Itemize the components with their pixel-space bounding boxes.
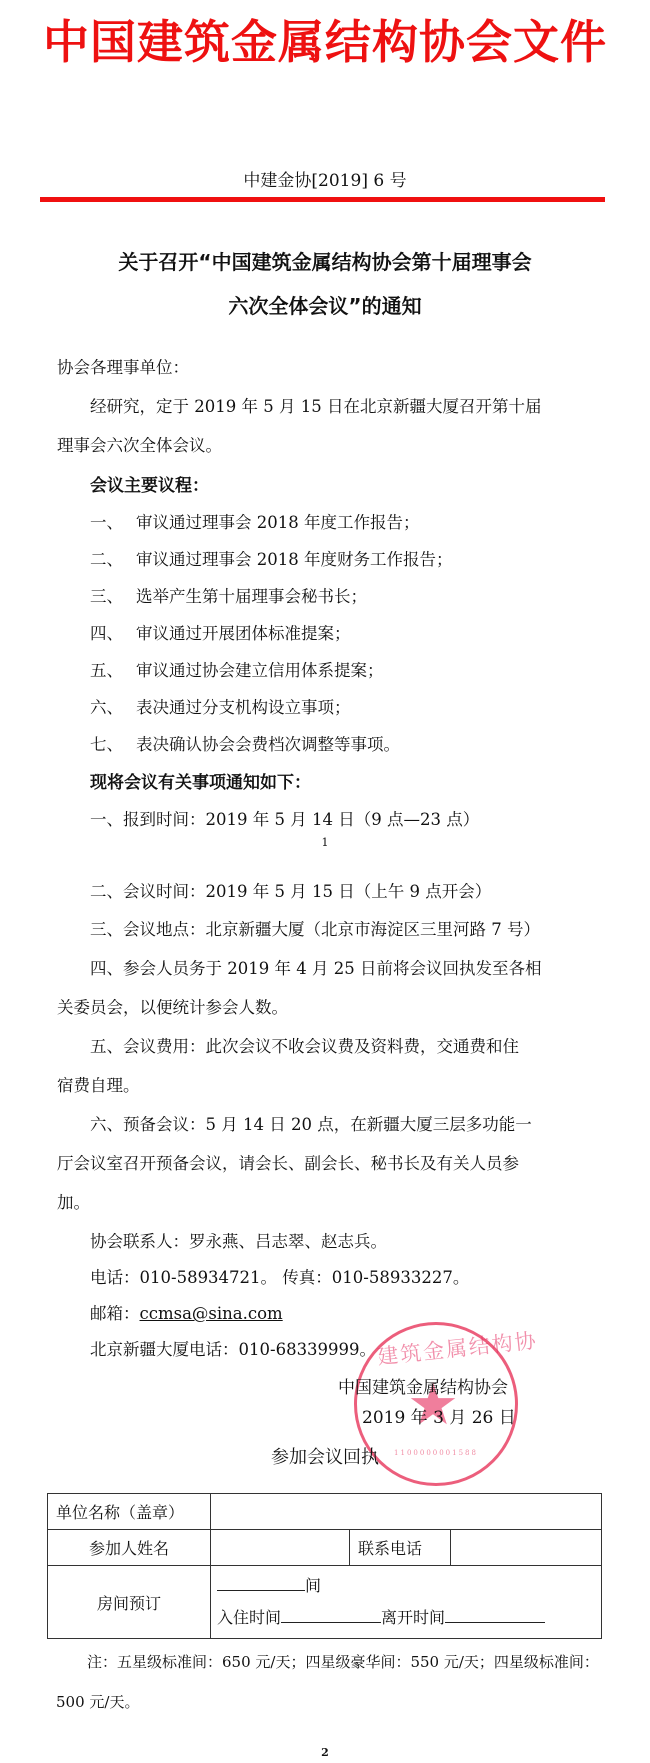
intro-line2: 理事会六次全体会议。 (57, 432, 222, 456)
contact-persons: 协会联系人：罗永燕、吕志翠、赵志兵。 (90, 1228, 387, 1252)
receipt-form-table: 单位名称（盖章） 参加人姓名 联系电话 房间预订 间 入住时间离开时间 (47, 1493, 602, 1639)
attendee-name-field[interactable] (211, 1530, 350, 1566)
room-count-field[interactable] (217, 1576, 305, 1591)
notice-item-fees-line1: 五、会议费用：此次会议不收会议费及资料费，交通费和住 (90, 1033, 519, 1057)
notice-heading: 现将会议有关事项通知如下： (90, 768, 311, 793)
contact-phone-field[interactable] (451, 1530, 602, 1566)
notice-item-reply-line2: 关委员会，以便统计参会人数。 (57, 994, 288, 1018)
notice-item-prep-line2: 厅会议室召开预备会议，请会长、副会长、秘书长及有关人员参 (57, 1150, 519, 1174)
contact-email-row: 邮箱：ccmsa@sina.com (90, 1300, 283, 1324)
room-booking-field: 间 入住时间离开时间 (211, 1566, 602, 1639)
agenda-item: 一、审议通过理事会 2018 年度工作报告； (90, 509, 419, 533)
contact-phone-label: 联系电话 (350, 1530, 451, 1566)
agenda-item: 七、表决确认协会会费档次调整等事项。 (90, 731, 400, 755)
agenda-item: 二、审议通过理事会 2018 年度财务工作报告； (90, 546, 452, 570)
notice-item-checkin: 一、报到时间：2019 年 5 月 14 日（9 点—23 点） (90, 806, 479, 830)
room-booking-label: 房间预订 (48, 1566, 211, 1639)
notice-title-line2: 六次全体会议”的通知 (0, 290, 650, 319)
salutation: 协会各理事单位： (57, 354, 189, 378)
email-link[interactable]: ccmsa@sina.com (140, 1304, 283, 1323)
agenda-heading: 会议主要议程： (90, 471, 209, 496)
document-number: 中建金协[2019] 6 号 (0, 166, 650, 191)
price-note-line1: 注：五星级标准间：650 元/天；四星级豪华间：550 元/天；四星级标准间： (87, 1651, 599, 1672)
notice-title-line1: 关于召开“中国建筑金属结构协会第十届理事会 (0, 246, 650, 275)
checkin-date-field[interactable] (281, 1608, 381, 1623)
red-rule-divider (40, 197, 605, 202)
notice-item-venue: 三、会议地点：北京新疆大厦（北京市海淀区三里河路 7 号） (90, 916, 540, 940)
agenda-item: 六、表决通过分支机构设立事项； (90, 694, 351, 718)
receipt-title: 参加会议回执 (0, 1443, 650, 1469)
intro-line1: 经研究，定于 2019 年 5 月 15 日在北京新疆大厦召开第十届 (90, 393, 541, 417)
notice-item-fees-line2: 宿费自理。 (57, 1072, 140, 1096)
attendee-name-label: 参加人姓名 (48, 1530, 211, 1566)
agenda-item: 三、选举产生第十届理事会秘书长； (90, 583, 367, 607)
signature-org: 中国建筑金属结构协会 (338, 1373, 508, 1398)
unit-name-label: 单位名称（盖章） (48, 1494, 211, 1530)
signature-date: 2019 年 3 月 26 日 (362, 1403, 516, 1428)
stamp-text: 建筑金属结构协 (376, 1329, 496, 1371)
page-number: 1 (0, 836, 650, 849)
agenda-item: 五、审议通过协会建立信用体系提案； (90, 657, 384, 681)
agenda-item: 四、审议通过开展团体标准提案； (90, 620, 351, 644)
page-number: 2 (0, 1746, 650, 1759)
notice-item-reply-line1: 四、参会人员务于 2019 年 4 月 25 日前将会议回执发至各相 (90, 955, 541, 979)
masthead-title: 中国建筑金属结构协会文件 (0, 6, 650, 72)
notice-item-prep-line1: 六、预备会议：5 月 14 日 20 点，在新疆大厦三层多功能一 (90, 1111, 532, 1135)
hotel-phone: 北京新疆大厦电话：010-68339999。 (90, 1336, 376, 1360)
notice-item-prep-line3: 加。 (57, 1189, 90, 1213)
price-note-line2: 500 元/天。 (56, 1691, 139, 1712)
contact-phone-fax: 电话：010-58934721。 传真：010-58933227。 (90, 1264, 469, 1288)
unit-name-field[interactable] (211, 1494, 602, 1530)
notice-item-time: 二、会议时间：2019 年 5 月 15 日（上午 9 点开会） (90, 878, 491, 902)
checkout-date-field[interactable] (445, 1608, 545, 1623)
